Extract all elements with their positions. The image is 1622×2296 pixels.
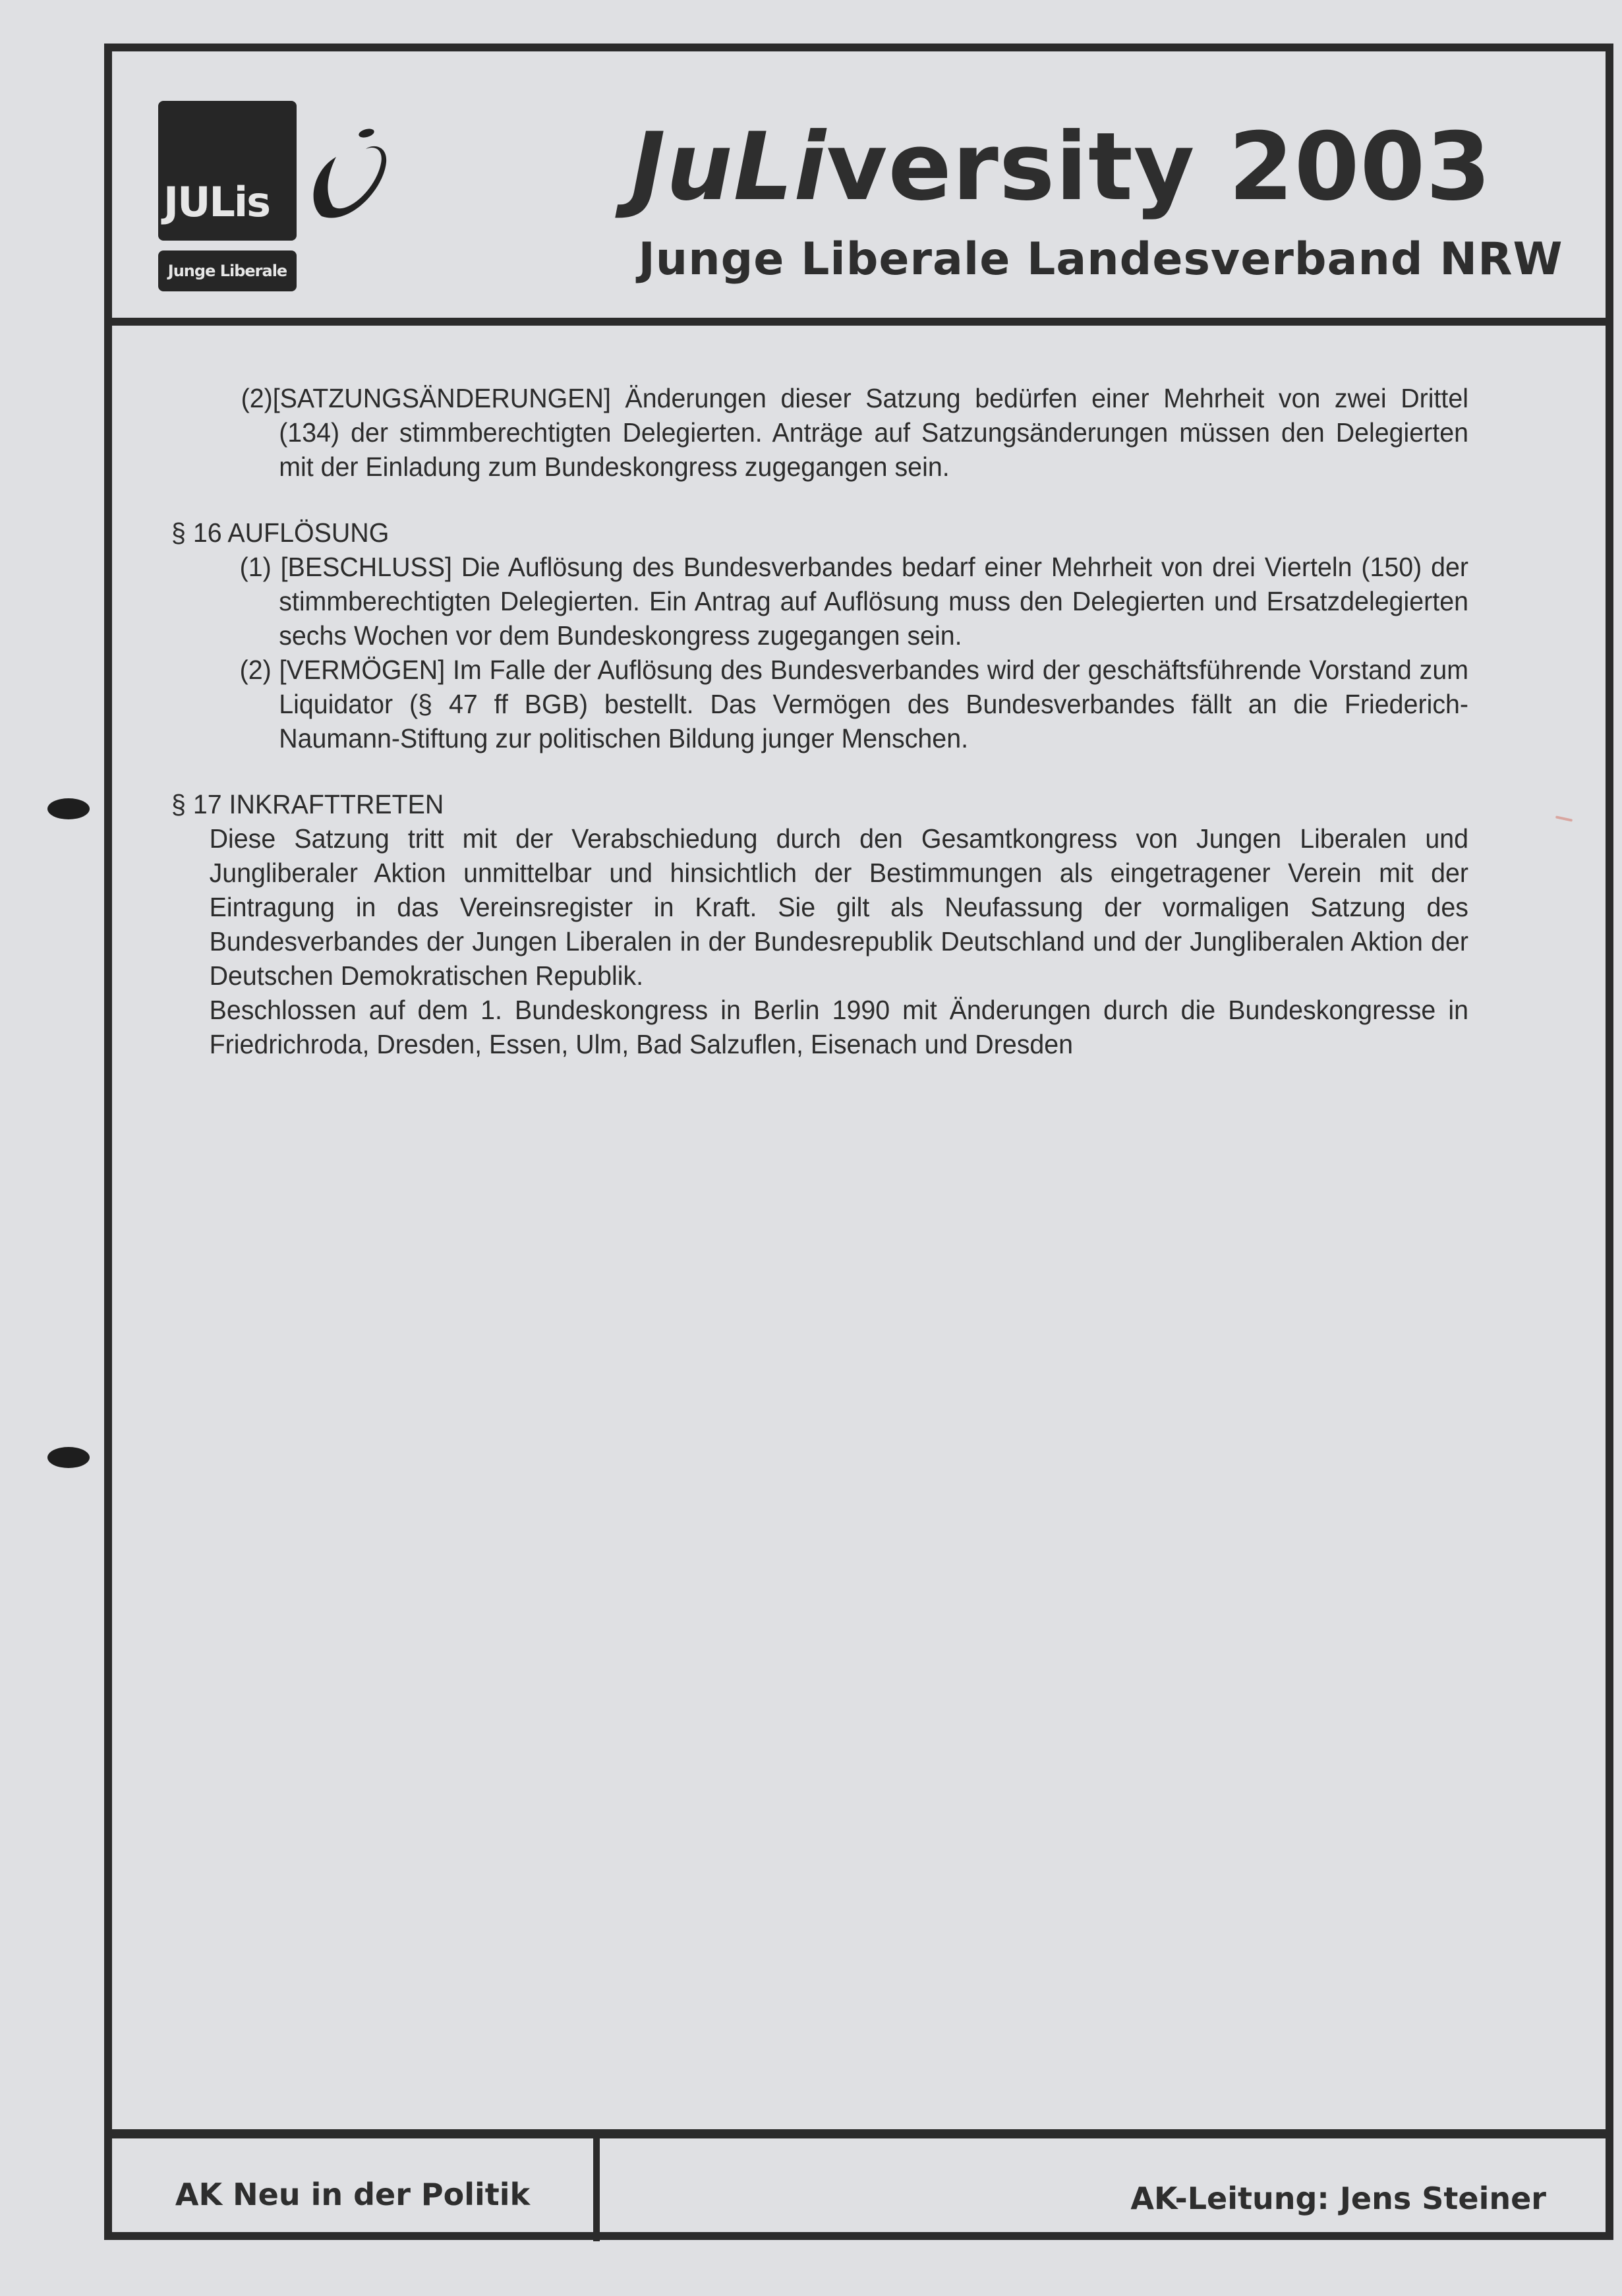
footer-working-group: AK Neu in der Politik <box>112 2177 593 2212</box>
logo-text: JULis <box>163 178 270 226</box>
swoosh-logo-icon <box>310 124 389 223</box>
julis-logo-subtitle: Junge Liberale <box>158 250 297 291</box>
julis-logo: JULis <box>158 101 297 241</box>
section-17-closing: Beschlossen auf dem 1. Bundeskongress in… <box>210 993 1468 1061</box>
page-title: JuLiversity 2003 <box>521 121 1602 214</box>
punch-hole-bottom <box>47 1447 90 1468</box>
section-heading-16: § 16 AUFLÖSUNG <box>171 515 1468 550</box>
section-16-item-2: (2) [VERMÖGEN] Im Falle der Auflösung de… <box>241 653 1468 755</box>
logo-subtext: Junge Liberale <box>168 262 287 280</box>
section-heading-17: § 17 INKRAFTTRETEN <box>171 787 1468 821</box>
title-regular-part: versity 2003 <box>826 113 1492 221</box>
paragraph-15-2: (2)[SATZUNGSÄNDERUNGEN] Änderungen diese… <box>241 381 1468 484</box>
page-footer: AK Neu in der Politik AK-Leitung: Jens S… <box>112 2129 1606 2241</box>
footer-divider <box>593 2138 600 2241</box>
punch-hole-top <box>47 798 90 819</box>
page-subtitle: Junge Liberale Landesverband NRW <box>527 237 1622 282</box>
page-frame: JULis Junge Liberale JuLiversity 2003 Ju… <box>104 44 1613 2240</box>
page-header: JULis Junge Liberale JuLiversity 2003 Ju… <box>112 51 1606 326</box>
section-17-body: Diese Satzung tritt mit der Verabschiedu… <box>210 821 1468 993</box>
document-body: (2)[SATZUNGSÄNDERUNGEN] Änderungen diese… <box>171 381 1468 1061</box>
title-italic-part: JuLi <box>631 113 826 221</box>
footer-lead: AK-Leitung: Jens Steiner <box>1130 2181 1546 2216</box>
section-16-item-1: (1) [BESCHLUSS] Die Auflösung des Bundes… <box>241 550 1468 653</box>
